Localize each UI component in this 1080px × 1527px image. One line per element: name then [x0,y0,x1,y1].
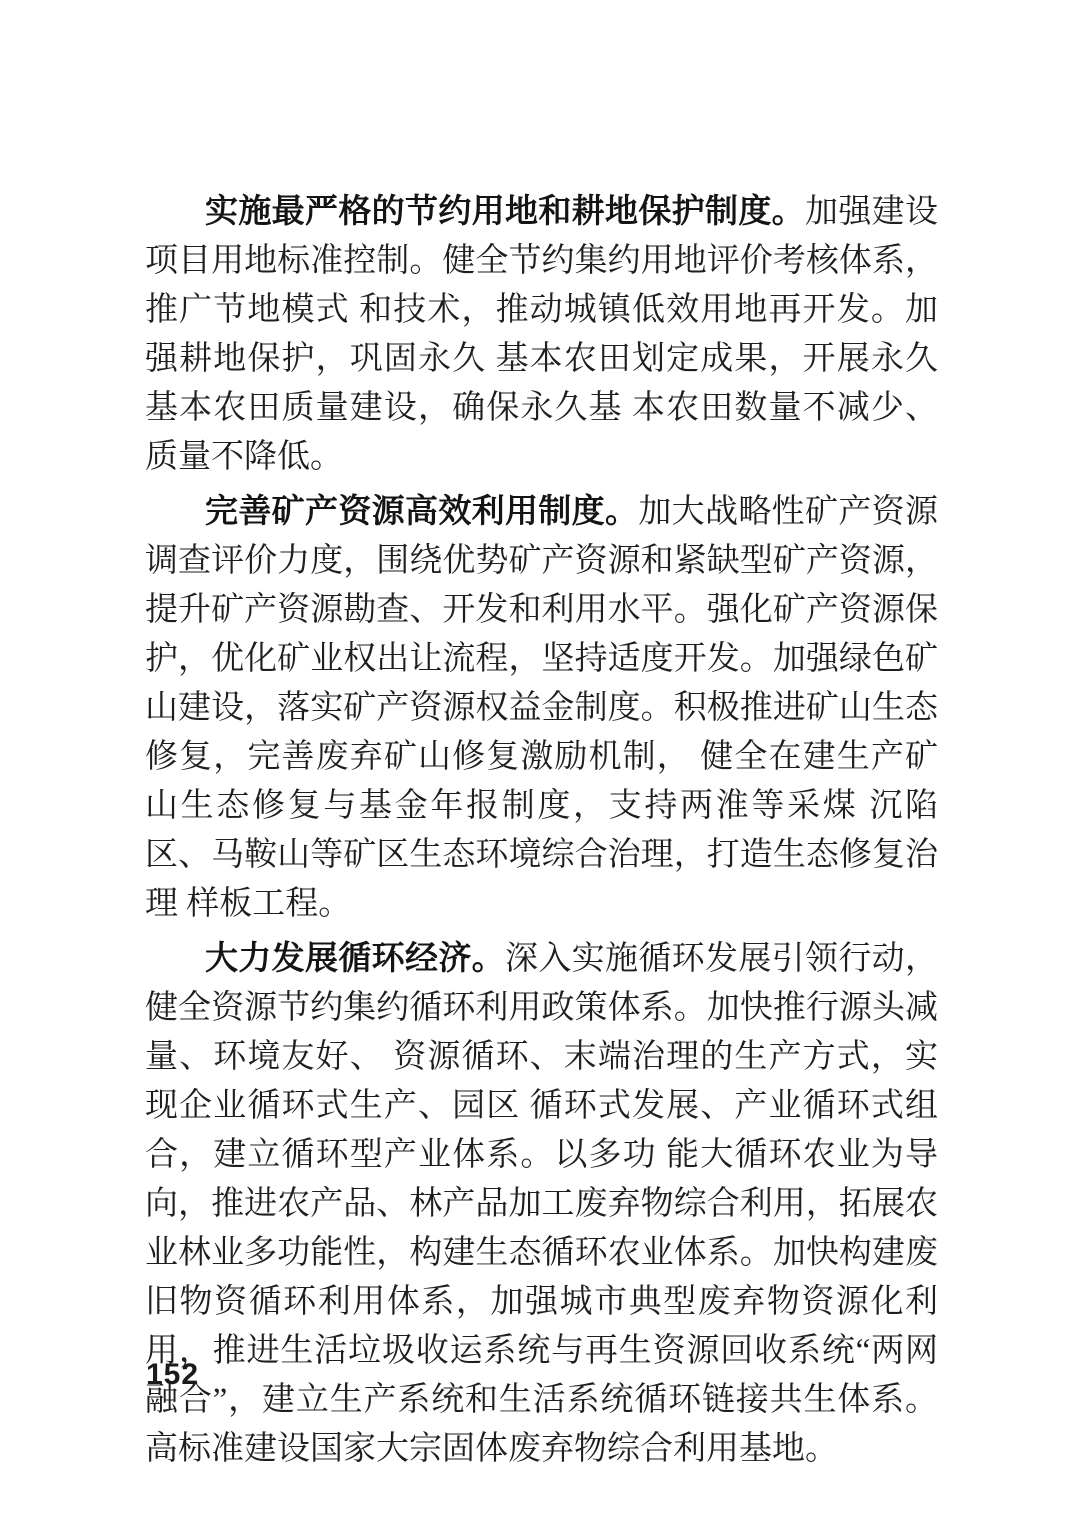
paragraph-body: 加强建设项目用地标准控制。健全节约集约用地评价考核体系，推广节地模式 和技术，推… [145,194,938,475]
paragraph-lead: 完善矿产资源高效利用制度。 [205,494,638,530]
page-text: 实施最严格的节约用地和耕地保护制度。加强建设项目用地标准控制。健全节约集约用地评… [145,188,938,1474]
paragraph-lead: 大力发展循环经济。 [205,941,505,977]
paragraph-land-conservation: 实施最严格的节约用地和耕地保护制度。加强建设项目用地标准控制。健全节约集约用地评… [145,188,938,482]
paragraph-mineral-resources: 完善矿产资源高效利用制度。加大战略性矿产资源调查评价力度，围绕优势矿产资源和紧缺… [145,488,938,929]
page-number: 152 [146,1358,199,1392]
document-page: 实施最严格的节约用地和耕地保护制度。加强建设项目用地标准控制。健全节约集约用地评… [0,0,1080,1527]
paragraph-body: 加大战略性矿产资源调查评价力度，围绕优势矿产资源和紧缺型矿产资源，提升矿产资源勘… [145,494,938,922]
paragraph-circular-economy: 大力发展循环经济。深入实施循环发展引领行动，健全资源节约集约循环利用政策体系。加… [145,935,938,1474]
paragraph-lead: 实施最严格的节约用地和耕地保护制度。 [205,194,805,230]
paragraph-body: 深入实施循环发展引领行动，健全资源节约集约循环利用政策体系。加快推行源头减量、环… [145,941,938,1467]
